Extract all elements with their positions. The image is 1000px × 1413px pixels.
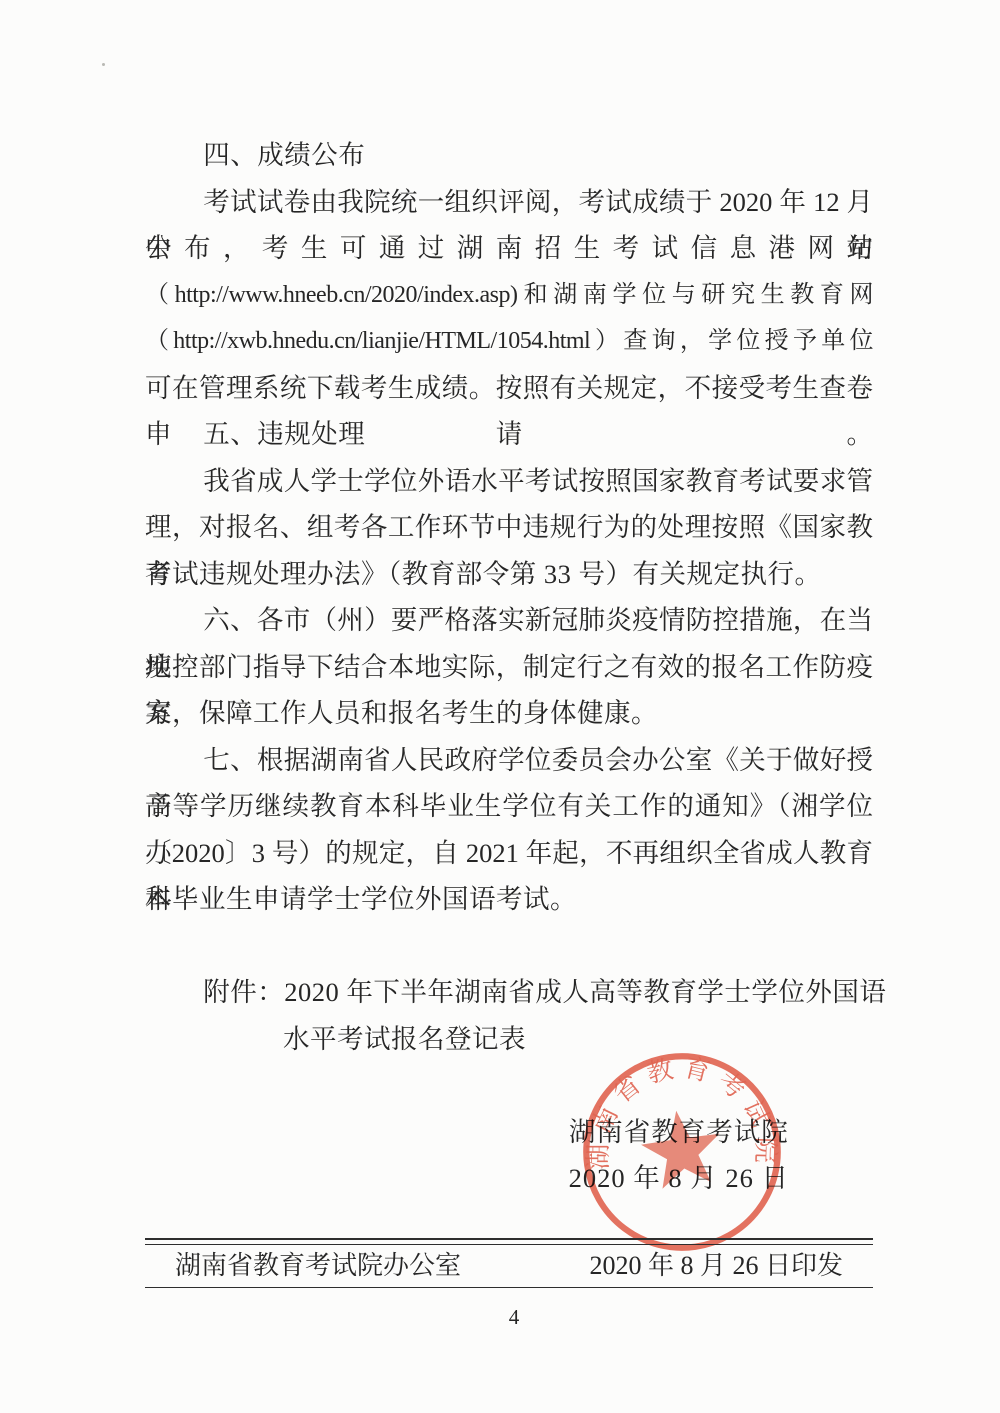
signature-org: 湖南省教育考试院 (569, 1109, 789, 1156)
footer-office: 湖南省教育考试院办公室 (175, 1245, 461, 1287)
body-line: 可在管理系统下载考生成绩。按照有关规定，不接受考生查卷申请。 (145, 365, 873, 412)
section-heading-4: 四、成绩公布 (145, 132, 873, 179)
attachment-line: 水平考试报名登记表 (145, 1016, 873, 1063)
body-line: 考试试卷由我院统一组织评阅，考试成绩于 2020 年 12 月中旬 (145, 179, 873, 226)
attachment-line: 附件：2020 年下半年湖南省成人高等教育学士学位外国语 (145, 969, 873, 1016)
body-line: 我省成人学士学位外语水平考试按照国家教育考试要求管 (145, 458, 873, 505)
signature-block: 湖南省教育考试院 2020 年 8 月 26 日 (569, 1109, 789, 1202)
scan-speck (102, 63, 105, 66)
body-line: 公布，考生可通过湖南招生考试信息港网站 (145, 225, 873, 272)
body-line: 考试违规处理办法》（教育部令第 33 号）有关规定执行。 (145, 551, 873, 598)
footer: 湖南省教育考试院办公室 2020 年 8 月 26 日印发 (145, 1238, 873, 1288)
footer-issue-date: 2020 年 8 月 26 日印发 (589, 1245, 843, 1287)
blank-line (145, 923, 873, 970)
body-line: 疾控部门指导下结合本地实际，制定行之有效的报名工作防疫方 (145, 644, 873, 691)
body-line: 七、根据湖南省人民政府学位委员会办公室《关于做好授予 (145, 737, 873, 784)
body-line-url: （http://xwb.hnedu.cn/lianjie/HTML/1054.h… (145, 318, 873, 365)
document-body: 四、成绩公布 考试试卷由我院统一组织评阅，考试成绩于 2020 年 12 月中旬… (145, 132, 873, 1202)
body-line: 案，保障工作人员和报名考生的身体健康。 (145, 690, 873, 737)
body-line: 科毕业生申请学士学位外国语考试。 (145, 876, 873, 923)
body-line: 理，对报名、组考各工作环节中违规行为的处理按照《国家教育 (145, 504, 873, 551)
body-line: 六、各市（州）要严格落实新冠肺炎疫情防控措施，在当地 (145, 597, 873, 644)
body-line: 〔2020〕3 号）的规定，自 2021 年起，不再组织全省成人教育本 (145, 830, 873, 877)
signature-date: 2020 年 8 月 26 日 (569, 1155, 789, 1202)
body-line-url: （http://www.hneeb.cn/2020/index.asp)和湖南学… (145, 272, 873, 319)
body-line: 高等学历继续教育本科毕业生学位有关工作的通知》（湘学位办 (145, 783, 873, 830)
document-page: 四、成绩公布 考试试卷由我院统一组织评阅，考试成绩于 2020 年 12 月中旬… (0, 0, 1000, 1413)
blank-line (145, 1062, 873, 1109)
page-number: 4 (14, 1305, 1000, 1330)
footer-rule: 湖南省教育考试院办公室 2020 年 8 月 26 日印发 (145, 1244, 873, 1288)
